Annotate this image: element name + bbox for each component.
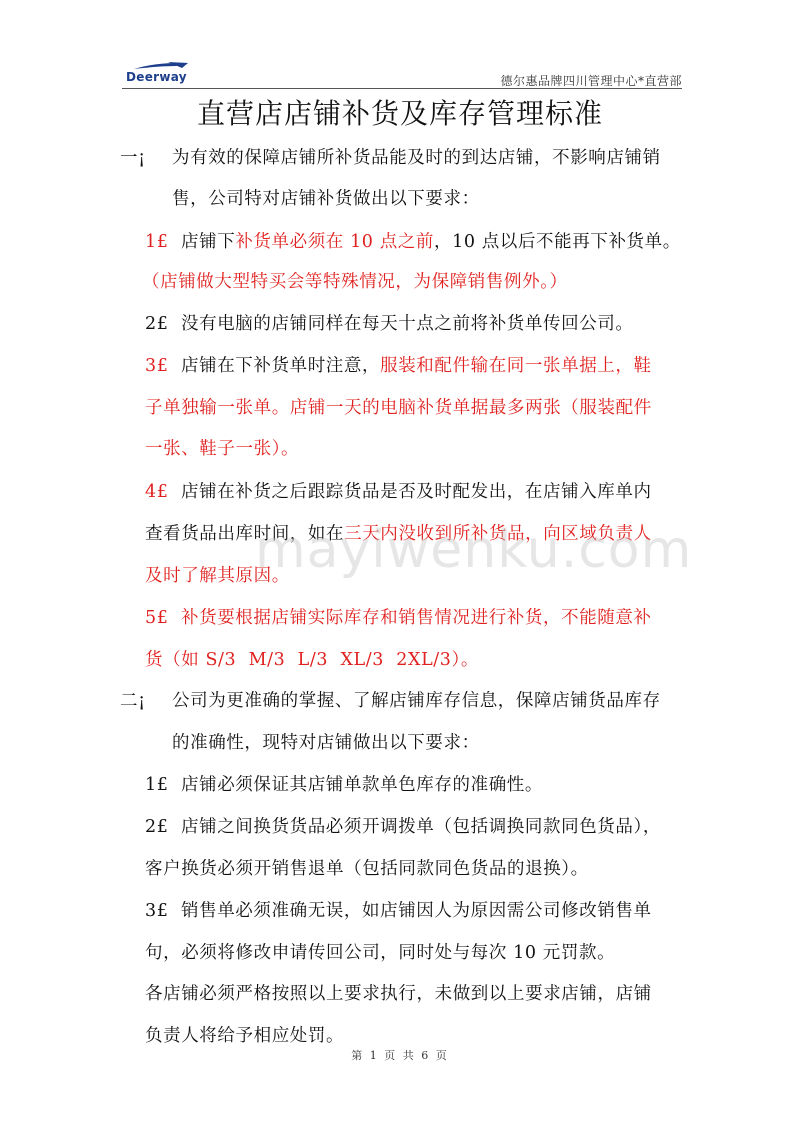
s1-item5-seg1: 补货要根据店铺实际库存和销售情况进行补货，不能随意补 [181,608,652,628]
section2-intro-line2: 的准确性，现特对店铺做出以下要求： [172,729,480,754]
s2-item2-line1: 2£店铺之间换货货品必须开调拨单（包括调换同款同色货品）， [145,813,661,838]
s1-item1-seg3: ，10 点以后不能再下补货单。 [434,232,681,252]
section1-intro-text1: 为有效的保障店铺所补货品能及时的到达店铺，不影响店铺销 [172,148,661,168]
s1-item3-line1: 3£店铺在下补货单时注意，服装和配件输在同一张单据上，鞋 [145,352,652,377]
s1-item3-line2: 子单独输一张单。店铺一天的电脑补货单据最多两张（服装配件 [145,394,652,419]
s1-item4-line2: 查看货品出库时间，如在三天内没收到所补货品，向区域负责人 [145,520,652,545]
s2-item1-line1: 1£店铺必须保证其店铺单款单色库存的准确性。 [145,771,543,796]
s1-item1-line1: 1£店铺下补货单必须在 10 点之前，10 点以后不能再下补货单。 [145,228,681,253]
s2-item1-number: 1£ [145,775,181,795]
deerway-logo: Deerway [122,58,192,86]
section2-intro-line1: 二¡公司为更准确的掌握、了解店铺库存信息，保障店铺货品库存 [120,687,661,712]
s1-item4-line3: 及时了解其原因。 [145,562,290,587]
s1-item4-line1: 4£店铺在补货之后跟踪货品是否及时配发出，在店铺入库单内 [145,478,652,503]
s1-item2-number: 2£ [145,314,181,334]
s1-item5-line2: 货（如 S/3 M/3 L/3 XL/3 2XL/3）。 [145,646,479,671]
s1-item1-line2: （店铺做大型特买会等特殊情况，为保障销售例外。） [142,268,568,293]
s1-item3-number: 3£ [145,356,181,376]
s1-item5-number: 5£ [145,608,181,628]
s1-item3-line3: 一张、鞋子一张）。 [145,435,299,460]
header-organization: 德尔惠品牌四川管理中心*直营部 [500,72,682,89]
document-page: Deerway 德尔惠品牌四川管理中心*直营部 直营店店铺补货及库存管理标准 一… [0,0,800,1132]
s1-item4-seg1: 店铺在补货之后跟踪货品是否及时配发出，在店铺入库单内 [181,482,652,502]
page-header: Deerway 德尔惠品牌四川管理中心*直营部 [122,58,682,90]
s2-item2-number: 2£ [145,817,181,837]
closing-line1: 各店铺必须严格按照以上要求执行，未做到以上要求店铺，店铺 [145,980,652,1005]
s1-item2-seg1: 没有电脑的店铺同样在每天十点之前将补货单传回公司。 [181,314,634,334]
section2-intro-text1: 公司为更准确的掌握、了解店铺库存信息，保障店铺货品库存 [172,691,661,711]
s1-item2-line1: 2£没有电脑的店铺同样在每天十点之前将补货单传回公司。 [145,310,634,335]
s2-item2-text1: 店铺之间换货货品必须开调拨单（包括调换同款同色货品）， [181,817,661,837]
closing-line2: 负责人将给予相应处罚。 [145,1022,344,1047]
section1-intro-line2: 售，公司特对店铺补货做出以下要求： [172,185,480,210]
s2-item3-text1: 销售单必须准确无误，如店铺因人为原因需公司修改销售单 [181,901,652,921]
s2-item3-number: 3£ [145,901,181,921]
s1-item4-seg3: 三天内没收到所补货品，向区域负责人 [344,524,652,544]
section1-number: 一¡ [120,144,172,169]
page-footer: 第 1 页 共 6 页 [0,1047,800,1063]
section2-number: 二¡ [120,687,172,712]
s1-item1-seg2: 补货单必须在 10 点之前 [235,232,434,252]
logo-text: Deerway [126,70,187,84]
s1-item4-number: 4£ [145,482,181,502]
s1-item1-seg1: 店铺下 [181,232,235,252]
section1-intro-line1: 一¡为有效的保障店铺所补货品能及时的到达店铺，不影响店铺销 [120,144,661,169]
s1-item3-seg1: 店铺在下补货单时注意， [181,356,380,376]
s2-item3-line1: 3£销售单必须准确无误，如店铺因人为原因需公司修改销售单 [145,897,652,922]
s2-item1-text: 店铺必须保证其店铺单款单色库存的准确性。 [181,775,543,795]
header-divider [122,88,682,89]
s1-item4-seg2: 查看货品出库时间，如在 [145,524,344,544]
s1-item1-number: 1£ [145,232,181,252]
s1-item3-seg2: 服装和配件输在同一张单据上，鞋 [380,356,652,376]
s2-item2-line2: 客户换货必须开销售退单（包括同款同色货品的退换）。 [145,855,589,880]
document-title: 直营店店铺补货及库存管理标准 [0,92,800,132]
s1-item5-line1: 5£补货要根据店铺实际库存和销售情况进行补货，不能随意补 [145,604,652,629]
s2-item3-line2: 句，必须将修改申请传回公司，同时处与每次 10 元罚款。 [145,939,615,964]
